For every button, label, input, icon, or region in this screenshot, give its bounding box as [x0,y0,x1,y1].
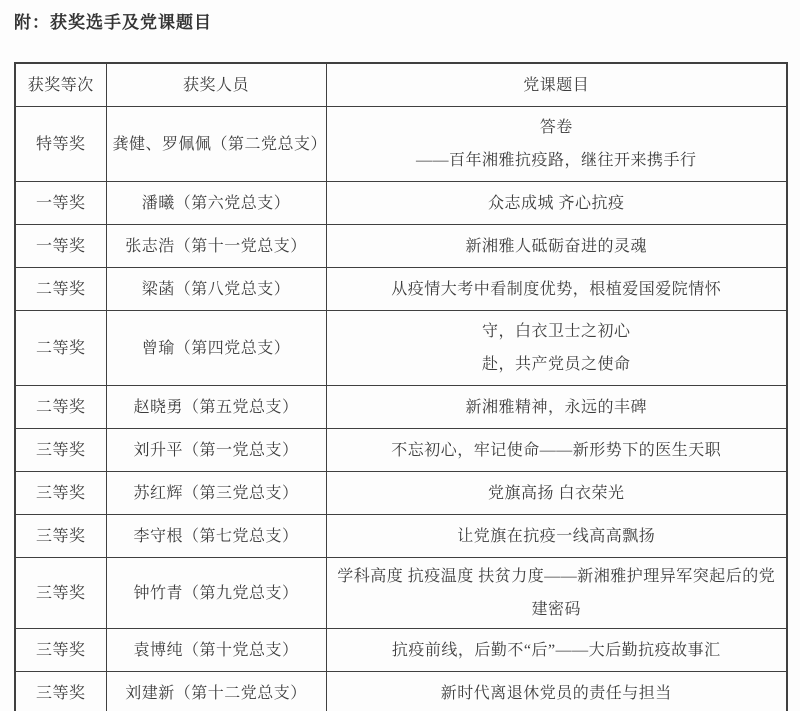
topic-line: 抗疫前线，后勤不“后”——大后勤抗疫故事汇 [333,634,781,667]
table-row: 三等奖刘升平（第一党总支）不忘初心，牢记使命——新形势下的医生天职 [15,429,787,472]
awards-table: 获奖等次 获奖人员 党课题目 特等奖龚健、罗佩佩（第二党总支）答卷——百年湘雅抗… [14,62,788,711]
topic-line: 答卷 [333,111,781,144]
table-row: 一等奖潘曦（第六党总支）众志成城 齐心抗疫 [15,182,787,225]
award-level-cell: 三等奖 [15,472,106,515]
page-title: 附：获奖选手及党课题目 [14,8,212,33]
award-level-cell: 一等奖 [15,225,106,268]
topic-line: 不忘初心，牢记使命——新形势下的医生天职 [333,434,781,467]
table-row: 二等奖梁菡（第八党总支）从疫情大考中看制度优势，根植爱国爱院情怀 [15,268,787,311]
winner-cell: 张志浩（第十一党总支） [106,225,326,268]
lecture-topic-cell: 让党旗在抗疫一线高高飘扬 [326,515,787,558]
lecture-topic-cell: 新湘雅人砥砺奋进的灵魂 [326,225,787,268]
lecture-topic-cell: 新时代离退休党员的责任与担当 [326,672,787,711]
column-header-lecture-topic: 党课题目 [326,63,787,107]
table-row: 三等奖刘建新（第十二党总支）新时代离退休党员的责任与担当 [15,672,787,711]
winner-cell: 梁菡（第八党总支） [106,268,326,311]
table-row: 二等奖赵晓勇（第五党总支）新湘雅精神，永远的丰碑 [15,386,787,429]
winner-cell: 潘曦（第六党总支） [106,182,326,225]
topic-line: 新湘雅精神，永远的丰碑 [333,391,781,424]
awards-table-header: 获奖等次 获奖人员 党课题目 [15,63,787,107]
topic-line: 党旗高扬 白衣荣光 [333,477,781,510]
award-level-cell: 二等奖 [15,386,106,429]
topic-line: 新湘雅人砥砺奋进的灵魂 [333,230,781,263]
winner-cell: 钟竹青（第九党总支） [106,558,326,629]
lecture-topic-cell: 学科高度 抗疫温度 扶贫力度——新湘雅护理异军突起后的党建密码 [326,558,787,629]
award-level-cell: 三等奖 [15,515,106,558]
document-page: 附：获奖选手及党课题目 获奖等次 获奖人员 党课题目 特等奖龚健、罗佩佩（第二党… [0,0,800,711]
lecture-topic-cell: 从疫情大考中看制度优势，根植爱国爱院情怀 [326,268,787,311]
award-level-cell: 三等奖 [15,429,106,472]
table-row: 一等奖张志浩（第十一党总支）新湘雅人砥砺奋进的灵魂 [15,225,787,268]
column-header-award-level: 获奖等次 [15,63,106,107]
lecture-topic-cell: 众志成城 齐心抗疫 [326,182,787,225]
winner-cell: 刘建新（第十二党总支） [106,672,326,711]
award-level-cell: 三等奖 [15,629,106,672]
award-level-cell: 特等奖 [15,107,106,182]
topic-line: 从疫情大考中看制度优势，根植爱国爱院情怀 [333,273,781,306]
winner-cell: 曾瑜（第四党总支） [106,311,326,386]
topic-line: ——百年湘雅抗疫路，继往开来携手行 [333,144,781,177]
topic-line: 赴，共产党员之使命 [333,348,781,381]
winner-cell: 李守根（第七党总支） [106,515,326,558]
award-level-cell: 三等奖 [15,672,106,711]
table-row: 三等奖钟竹青（第九党总支）学科高度 抗疫温度 扶贫力度——新湘雅护理异军突起后的… [15,558,787,629]
lecture-topic-cell: 抗疫前线，后勤不“后”——大后勤抗疫故事汇 [326,629,787,672]
award-level-cell: 一等奖 [15,182,106,225]
winner-cell: 赵晓勇（第五党总支） [106,386,326,429]
lecture-topic-cell: 守，白衣卫士之初心赴，共产党员之使命 [326,311,787,386]
topic-line: 学科高度 抗疫温度 扶贫力度——新湘雅护理异军突起后的党建密码 [333,560,781,626]
awards-table-body: 特等奖龚健、罗佩佩（第二党总支）答卷——百年湘雅抗疫路，继往开来携手行一等奖潘曦… [15,107,787,711]
table-row: 二等奖曾瑜（第四党总支）守，白衣卫士之初心赴，共产党员之使命 [15,311,787,386]
column-header-winners: 获奖人员 [106,63,326,107]
award-level-cell: 二等奖 [15,268,106,311]
lecture-topic-cell: 不忘初心，牢记使命——新形势下的医生天职 [326,429,787,472]
table-row: 特等奖龚健、罗佩佩（第二党总支）答卷——百年湘雅抗疫路，继往开来携手行 [15,107,787,182]
topic-line: 守，白衣卫士之初心 [333,315,781,348]
winner-cell: 苏红辉（第三党总支） [106,472,326,515]
winner-cell: 袁博纯（第十党总支） [106,629,326,672]
award-level-cell: 三等奖 [15,558,106,629]
header-row: 获奖等次 获奖人员 党课题目 [15,63,787,107]
award-level-cell: 二等奖 [15,311,106,386]
lecture-topic-cell: 党旗高扬 白衣荣光 [326,472,787,515]
table-row: 三等奖苏红辉（第三党总支）党旗高扬 白衣荣光 [15,472,787,515]
lecture-topic-cell: 新湘雅精神，永远的丰碑 [326,386,787,429]
table-row: 三等奖李守根（第七党总支）让党旗在抗疫一线高高飘扬 [15,515,787,558]
winner-cell: 刘升平（第一党总支） [106,429,326,472]
table-row: 三等奖袁博纯（第十党总支）抗疫前线，后勤不“后”——大后勤抗疫故事汇 [15,629,787,672]
topic-line: 让党旗在抗疫一线高高飘扬 [333,520,781,553]
winner-cell: 龚健、罗佩佩（第二党总支） [106,107,326,182]
topic-line: 众志成城 齐心抗疫 [333,187,781,220]
lecture-topic-cell: 答卷——百年湘雅抗疫路，继往开来携手行 [326,107,787,182]
topic-line: 新时代离退休党员的责任与担当 [333,677,781,710]
